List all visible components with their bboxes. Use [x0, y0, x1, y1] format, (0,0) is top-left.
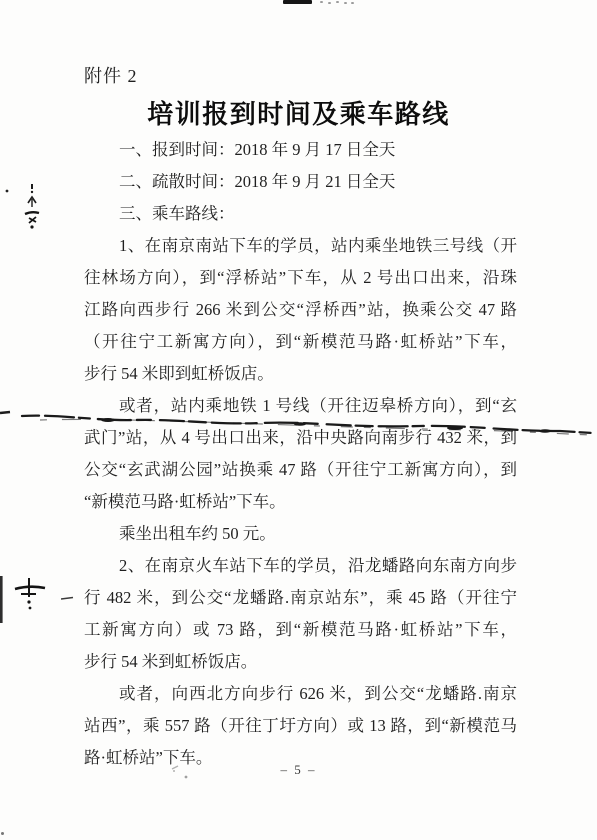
text-line: 行 482 米，到公交“龙蟠路.南京站东”，乘 45 路（开往宁: [84, 582, 517, 614]
scan-speck: [351, 2, 354, 4]
scan-speck: [320, 1, 323, 3]
text-line: 1、在南京南站下车的学员，站内乘坐地铁三号线（开: [84, 230, 517, 262]
text-line: 乘坐出租车约 50 元。: [84, 518, 517, 550]
text-line: 步行 54 米即到虹桥饭店。: [84, 358, 517, 390]
text-line: 二、疏散时间：2018 年 9 月 21 日全天: [84, 166, 517, 198]
document-body: 一、报到时间：2018 年 9 月 17 日全天 二、疏散时间：2018 年 9…: [84, 134, 517, 774]
text-line: 江路向西步行 266 米到公交“浮桥西”站，换乘公交 47 路: [84, 294, 517, 326]
text-line: 一、报到时间：2018 年 9 月 17 日全天: [84, 134, 517, 166]
text-line: 武门”站，从 4 号出口出来，沿中央路向南步行 432 米，到: [84, 422, 517, 454]
document-title: 培训报到时间及乘车路线: [0, 94, 597, 131]
scan-speck: [336, 1, 339, 3]
attachment-label: 附件 2: [84, 64, 138, 88]
underline-tick-artifact: [61, 596, 74, 601]
scan-speck: [328, 2, 331, 4]
text-line: 或者，向西北方向步行 626 米，到公交“龙蟠路.南京: [84, 678, 517, 710]
scan-top-streak-artifact: [283, 0, 312, 4]
text-line: （开往宁工新寓方向），到“新模范马路·虹桥站”下车，: [84, 326, 517, 358]
text-line: 2、在南京火车站下车的学员，沿龙蟠路向东南方向步: [84, 550, 517, 582]
corner-speck-artifact: [1, 832, 4, 835]
text-line: 站西”，乘 557 路（开往丁圩方向）或 13 路，到“新模范马: [84, 710, 517, 742]
margin-scribble-marks: [0, 570, 52, 628]
margin-ink-marks: [2, 182, 46, 234]
scan-speck: [344, 2, 347, 4]
text-line: 步行 54 米到虹桥饭店。: [84, 646, 517, 678]
text-line: “新模范马路·虹桥站”下车。: [84, 486, 517, 518]
text-line: 三、乘车路线：: [84, 198, 517, 230]
text-line: 或者，站内乘地铁 1 号线（开往迈皋桥方向），到“玄: [84, 390, 517, 422]
text-line: 往林场方向），到“浮桥站”下车，从 2 号出口出来，沿珠: [84, 262, 517, 294]
text-line: 公交“玄武湖公园”站换乘 47 路（开往宁工新寓方向），到: [84, 454, 517, 486]
text-line: 工新寓方向）或 73 路，到“新模范马路·虹桥站”下车，: [84, 614, 517, 646]
page-number: – 5 –: [0, 762, 597, 778]
scanned-document-page: 附件 2 培训报到时间及乘车路线 一、报到时间：2018 年 9 月 17 日全…: [0, 0, 597, 840]
